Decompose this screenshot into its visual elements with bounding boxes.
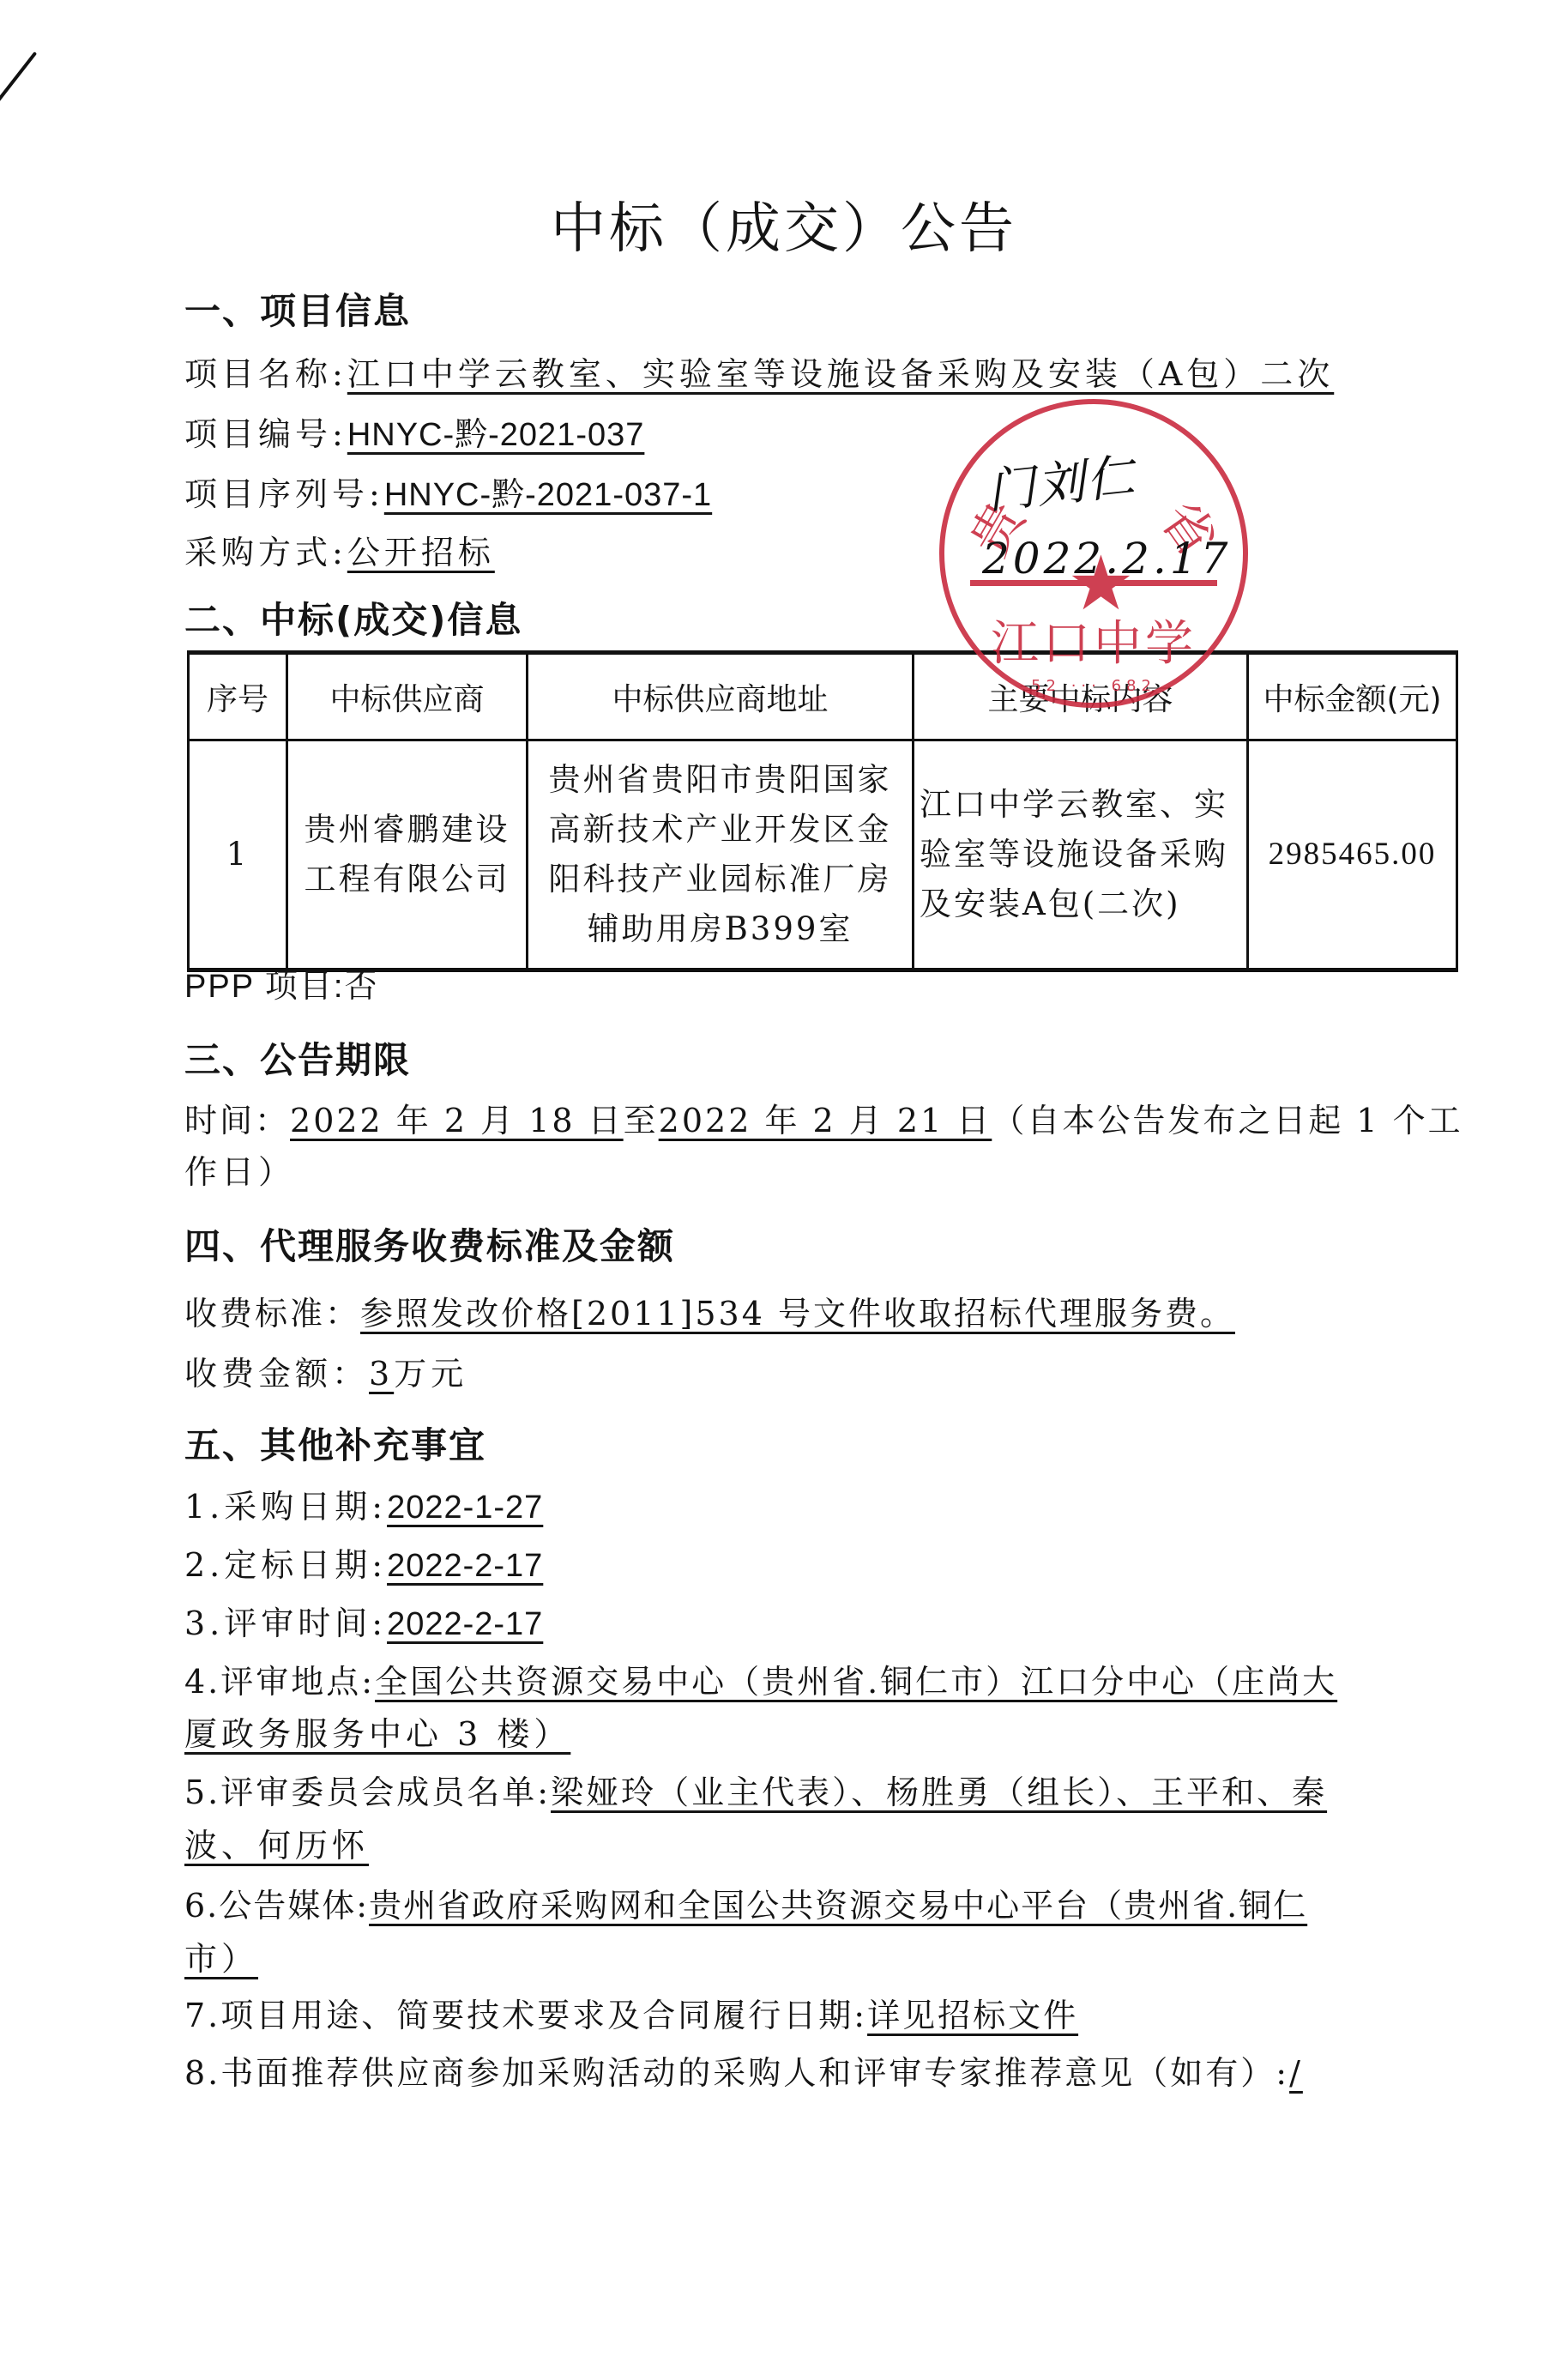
fee-standard-label: 收费标准： [184, 1295, 360, 1333]
project-serial-label: 项目序列号: [184, 475, 384, 513]
fee-amount-line: 收费金额：3万元 [184, 1347, 467, 1394]
list-item: 4.评审地点:全国公共资源交易中心（贵州省.铜仁市）江口分中心（庄尚大 [184, 1655, 1337, 1702]
table-row: 1 贵州睿鹏建设工程有限公司 贵州省贵阳市贵阳国家高新技术产业开发区金阳科技产业… [189, 740, 1457, 970]
project-name-label: 项目名称: [184, 355, 347, 393]
item-value-cont: 厦政务服务中心 3 楼） [184, 1715, 570, 1753]
procurement-method-label: 采购方式: [184, 534, 347, 571]
ppp-label: PPP 项目: [184, 969, 344, 1005]
cell-supplier: 贵州睿鹏建设工程有限公司 [287, 740, 528, 970]
procurement-method-value: 公开招标 [347, 534, 495, 571]
period-note-cont: 作日） [184, 1145, 295, 1193]
start-date: 2022 年 2 月 18 日 [290, 1102, 624, 1139]
item-value: / [1289, 2054, 1303, 2092]
header-address: 中标供应商地址 [528, 653, 914, 740]
cell-content: 江口中学云教室、实验室等设施设备采购及安装A包(二次) [914, 740, 1248, 970]
list-item: 7.项目用途、简要技术要求及合同履行日期:详见招标文件 [184, 1989, 1078, 2036]
header-amount: 中标金额(元) [1248, 653, 1457, 740]
list-item-cont: 厦政务服务中心 3 楼） [184, 1707, 570, 1755]
header-supplier: 中标供应商 [287, 653, 528, 740]
fee-amount-label: 收费金额： [184, 1355, 369, 1393]
notice-period-line: 时间：2022 年 2 月 18 日至2022 年 2 月 21 日（自本公告发… [184, 1094, 1463, 1141]
item-value: 全国公共资源交易中心（贵州省.铜仁市）江口分中心（庄尚大 [375, 1663, 1337, 1701]
project-serial-line: 项目序列号:HNYC-黔-2021-037-1 [184, 468, 712, 515]
section3-heading: 三、公告期限 [184, 1032, 411, 1084]
item-label: 4.评审地点: [184, 1663, 375, 1701]
project-serial-value: HNYC-黔-2021-037-1 [384, 477, 712, 513]
item-label: 6.公告媒体: [184, 1887, 369, 1925]
period-note: （自本公告发布之日起 1 个工 [992, 1102, 1462, 1139]
section5-heading: 五、其他补充事宜 [184, 1417, 486, 1469]
end-date: 2022 年 2 月 21 日 [659, 1102, 992, 1139]
to-text: 至 [624, 1102, 659, 1139]
list-item: 6.公告媒体:贵州省政府采购网和全国公共资源交易中心平台（贵州省.铜仁 [184, 1879, 1307, 1926]
list-item-cont: 市） [184, 1932, 258, 1979]
item-value: 2022-2-17 [387, 1548, 543, 1584]
project-code-label: 项目编号: [184, 415, 347, 453]
list-item: 5.评审委员会成员名单:梁娅玲（业主代表）、杨胜勇（组长）、王平和、秦 [184, 1766, 1327, 1813]
item-value-cont: 市） [184, 1940, 258, 1978]
item-label: 1.采购日期: [184, 1488, 387, 1526]
cell-index: 1 [189, 740, 287, 970]
header-index: 序号 [189, 653, 287, 740]
cell-address: 贵州省贵阳市贵阳国家高新技术产业开发区金阳科技产业园标准厂房辅助用房B399室 [528, 740, 914, 970]
announcement-page: 中标（成交）公告 一、项目信息 项目名称:江口中学云教室、实验室等设施设备采购及… [0, 0, 1568, 2375]
time-label: 时间： [184, 1102, 290, 1139]
ppp-line: PPP 项目:否 [184, 959, 378, 1006]
cell-amount: 2985465.00 [1248, 740, 1457, 970]
fee-amount-unit: 万元 [394, 1355, 467, 1393]
item-value: 2022-2-17 [387, 1606, 543, 1642]
list-item: 1.采购日期:2022-1-27 [184, 1480, 543, 1527]
project-code-line: 项目编号:HNYC-黔-2021-037 [184, 408, 644, 455]
list-item: 8.书面推荐供应商参加采购活动的采购人和评审专家推荐意见（如有）:/ [184, 2046, 1303, 2094]
item-label: 3.评审时间: [184, 1604, 387, 1642]
seal-code: 52 ··· 682 [944, 677, 1243, 695]
award-table: 序号 中标供应商 中标供应商地址 主要中标内容 中标金额(元) 1 贵州睿鹏建设… [187, 650, 1458, 972]
section4-heading: 四、代理服务收费标准及金额 [184, 1218, 675, 1270]
document-title: 中标（成交）公告 [0, 184, 1568, 263]
fee-amount-number: 3 [369, 1355, 394, 1393]
list-item: 3.评审时间:2022-2-17 [184, 1597, 543, 1644]
fee-standard-line: 收费标准：参照发改价格[2011]534 号文件收取招标代理服务费。 [184, 1287, 1235, 1334]
seal-name: 江口中学 [944, 606, 1243, 674]
item-value: 梁娅玲（业主代表）、杨胜勇（组长）、王平和、秦 [551, 1774, 1327, 1811]
list-item-cont: 波、何历怀 [184, 1819, 369, 1866]
item-value: 贵州省政府采购网和全国公共资源交易中心平台（贵州省.铜仁 [369, 1887, 1307, 1925]
item-label: 7.项目用途、简要技术要求及合同履行日期: [184, 1997, 867, 2034]
fee-standard-value: 参照发改价格[2011]534 号文件收取招标代理服务费。 [360, 1295, 1235, 1333]
project-code-value: HNYC-黔-2021-037 [347, 417, 645, 453]
project-name-line: 项目名称:江口中学云教室、实验室等设施设备采购及安装（A包）二次 [184, 347, 1334, 395]
item-label: 5.评审委员会成员名单: [184, 1774, 551, 1811]
item-value-cont: 波、何历怀 [184, 1827, 369, 1864]
item-label: 2.定标日期: [184, 1546, 387, 1584]
item-value: 2022-1-27 [387, 1490, 543, 1526]
project-name-value: 江口中学云教室、实验室等设施设备采购及安装（A包）二次 [347, 355, 1334, 393]
procurement-method-line: 采购方式:公开招标 [184, 526, 495, 573]
ppp-value: 否 [344, 969, 378, 1005]
handwritten-date: 2022.2.17 [982, 534, 1231, 583]
section1-heading: 一、项目信息 [184, 283, 411, 335]
item-label: 8.书面推荐供应商参加采购活动的采购人和评审专家推荐意见（如有）: [184, 2054, 1289, 2092]
list-item: 2.定标日期:2022-2-17 [184, 1538, 543, 1586]
section2-heading: 二、中标(成交)信息 [184, 592, 522, 644]
item-value: 详见招标文件 [867, 1997, 1078, 2034]
award-table-header: 序号 中标供应商 中标供应商地址 主要中标内容 中标金额(元) [189, 653, 1457, 740]
handwritten-check-mark [0, 51, 37, 108]
